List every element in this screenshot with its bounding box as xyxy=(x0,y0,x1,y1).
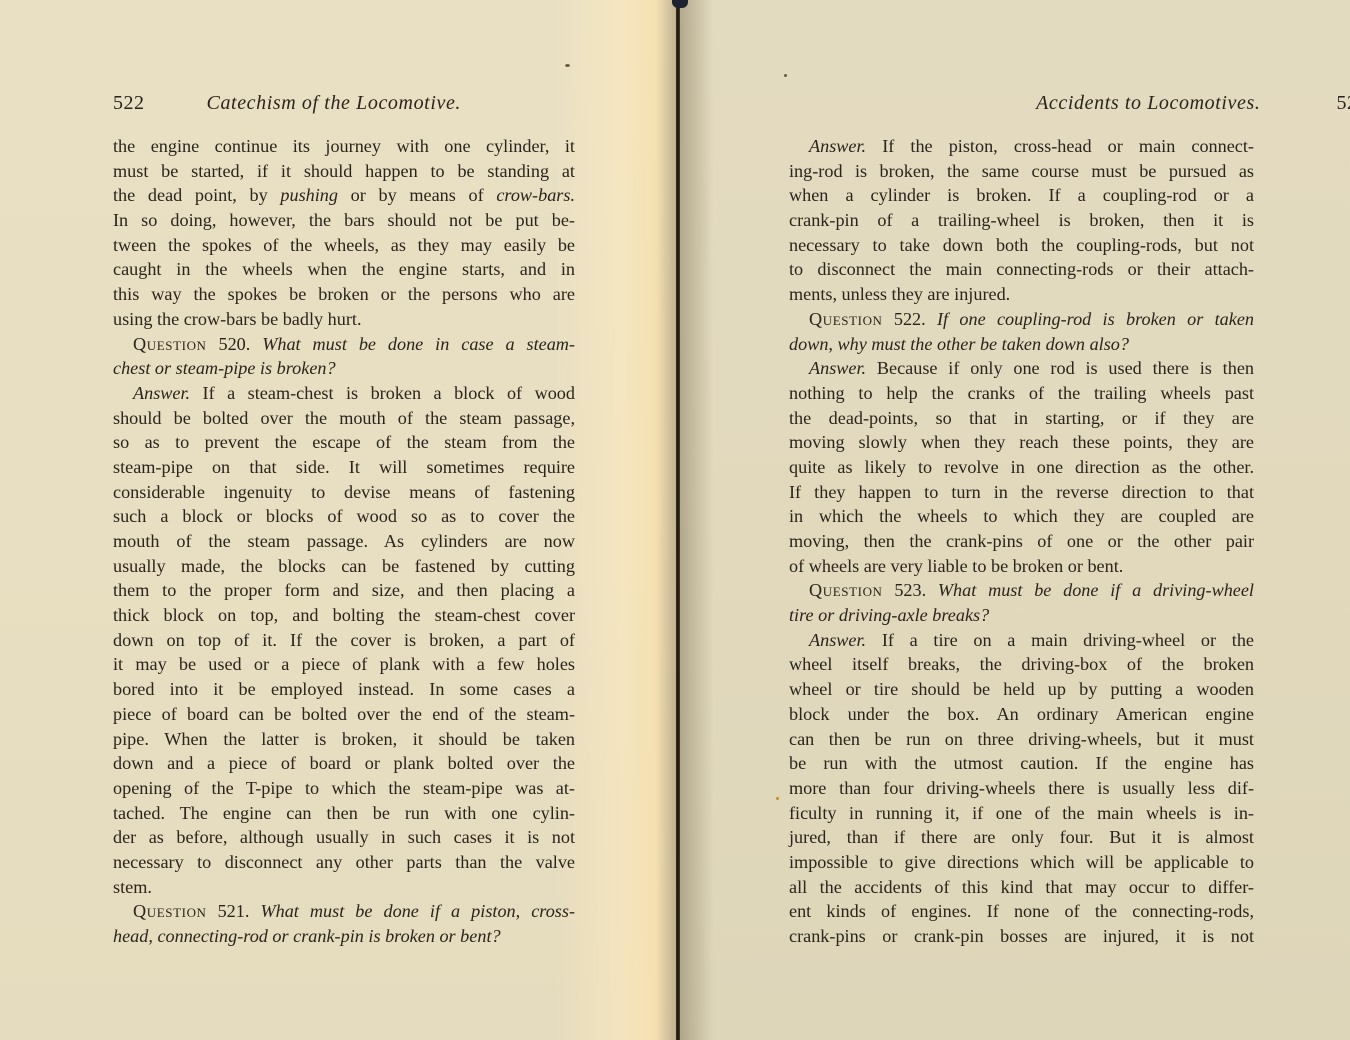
body-text: be run with the utmost caution. If the e… xyxy=(789,753,1254,773)
text-line: head, connecting-rod or crank-pin is bro… xyxy=(113,924,575,949)
body-text: caught in the wheels when the engine sta… xyxy=(113,259,575,279)
text-line: nothing to help the cranks of the traili… xyxy=(789,381,1254,406)
text-line: necessary to disconnect any other parts … xyxy=(113,850,575,875)
text-line: usually made, the blocks can be fastened… xyxy=(113,554,575,579)
text-line: Answer. If a tire on a main driving-whee… xyxy=(789,628,1254,653)
text-line: down, why must the other be taken down a… xyxy=(789,332,1254,357)
italic-text: What must be done if a driving-wheel xyxy=(938,580,1254,600)
body-text: down and a piece of board or plank bolte… xyxy=(113,753,575,773)
body-text: tween the spokes of the wheels, as they … xyxy=(113,235,575,255)
body-text: If a steam-chest is broken a block of wo… xyxy=(190,383,575,403)
text-line: so as to prevent the escape of the steam… xyxy=(113,430,575,455)
text-line: wheel itself breaks, the driving-box of … xyxy=(789,652,1254,677)
body-text: wheel or tire should be held up by putti… xyxy=(789,679,1254,699)
left-body-text: the engine continue its journey with one… xyxy=(113,134,575,949)
text-line: jured, than if there are only four. But … xyxy=(789,825,1254,850)
italic-text: Answer. xyxy=(809,358,866,378)
text-line: tire or driving-axle breaks? xyxy=(789,603,1254,628)
text-line: wheel or tire should be held up by putti… xyxy=(789,677,1254,702)
body-text: piece of board can be bolted over the en… xyxy=(113,704,575,724)
body-text: moving, then the crank-pins of one or th… xyxy=(789,531,1254,551)
body-text: in which the wheels to which they are co… xyxy=(789,506,1254,526)
body-text: of wheels are very liable to be broken o… xyxy=(789,556,1123,576)
body-text: ing-rod is broken, the same course must … xyxy=(789,161,1254,181)
text-line: bored into it be employed instead. In so… xyxy=(113,677,575,702)
page-number: 523 xyxy=(1337,92,1350,115)
text-line: down and a piece of board or plank bolte… xyxy=(113,751,575,776)
text-line: stem. xyxy=(113,875,575,900)
text-line: ing-rod is broken, the same course must … xyxy=(789,159,1254,184)
body-text: all the accidents of this kind that may … xyxy=(789,877,1254,897)
body-text: steam-pipe on that side. It will sometim… xyxy=(113,457,575,477)
text-line: mouth of the steam passage. As cylinders… xyxy=(113,529,575,554)
body-text: 521. xyxy=(207,901,261,921)
running-title: Catechism of the Locomotive. xyxy=(207,92,462,115)
text-line: the dead point, by pushing or by means o… xyxy=(113,183,575,208)
body-text: Because if only one rod is used there is… xyxy=(866,358,1254,378)
text-line: crank-pins or crank-pin bosses are injur… xyxy=(789,924,1254,949)
text-line: ficulty in running it, if one of the mai… xyxy=(789,801,1254,826)
text-line: If they happen to turn in the reverse di… xyxy=(789,480,1254,505)
italic-text: Answer. xyxy=(133,383,190,403)
text-line: down on top of it. If the cover is broke… xyxy=(113,628,575,653)
question-label: Question xyxy=(809,309,883,329)
body-text: 522. xyxy=(883,309,937,329)
text-line: steam-pipe on that side. It will sometim… xyxy=(113,455,575,480)
text-line: the dead-points, so that in starting, or… xyxy=(789,406,1254,431)
body-text: when a cylinder is broken. If a coupling… xyxy=(789,185,1254,205)
text-line: can then be run on three driving-wheels,… xyxy=(789,727,1254,752)
body-text: If they happen to turn in the reverse di… xyxy=(789,482,1254,502)
body-text: so as to prevent the escape of the steam… xyxy=(113,432,575,452)
text-line: impossible to give directions which will… xyxy=(789,850,1254,875)
body-text: jured, than if there are only four. But … xyxy=(789,827,1254,847)
text-line: tween the spokes of the wheels, as they … xyxy=(113,233,575,258)
text-line: thick block on top, and bolting the stea… xyxy=(113,603,575,628)
italic-text: If one coupling-rod is broken or taken xyxy=(937,309,1254,329)
text-line: all the accidents of this kind that may … xyxy=(789,875,1254,900)
italic-text: down, why must the other be taken down a… xyxy=(789,334,1129,354)
question-label: Question xyxy=(809,580,883,600)
body-text: crank-pins or crank-pin bosses are injur… xyxy=(789,926,1254,946)
text-line: must be started, if it should happen to … xyxy=(113,159,575,184)
text-line: such a block or blocks of wood so as to … xyxy=(113,504,575,529)
text-line: Question 521. What must be done if a pis… xyxy=(113,899,575,924)
text-line: Answer. If a steam-chest is broken a blo… xyxy=(113,381,575,406)
body-text: stem. xyxy=(113,877,152,897)
body-text: the dead point, by xyxy=(113,185,280,205)
body-text: ent kinds of engines. If none of the con… xyxy=(789,901,1254,921)
text-line: In so doing, however, the bars should no… xyxy=(113,208,575,233)
text-line: in which the wheels to which they are co… xyxy=(789,504,1254,529)
body-text: down on top of it. If the cover is broke… xyxy=(113,630,575,650)
text-line: piece of board can be bolted over the en… xyxy=(113,702,575,727)
text-line: moving slowly when they reach these poin… xyxy=(789,430,1254,455)
text-line: Question 522. If one coupling-rod is bro… xyxy=(789,307,1254,332)
body-text: usually made, the blocks can be fastened… xyxy=(113,556,575,576)
left-page: 522 Catechism of the Locomotive. the eng… xyxy=(0,0,676,1040)
body-text: necessary to disconnect any other parts … xyxy=(113,852,575,872)
body-text: mouth of the steam passage. As cylinders… xyxy=(113,531,575,551)
body-text: If the piston, cross-head or main connec… xyxy=(866,136,1254,156)
body-text: the dead-points, so that in starting, or… xyxy=(789,408,1254,428)
text-line: opening of the T-pipe to which the steam… xyxy=(113,776,575,801)
italic-text: chest or steam-pipe is broken? xyxy=(113,358,336,378)
body-text: nothing to help the cranks of the traili… xyxy=(789,383,1254,403)
body-text: opening of the T-pipe to which the steam… xyxy=(113,778,575,798)
text-line: tached. The engine can then be run with … xyxy=(113,801,575,826)
italic-text: head, connecting-rod or crank-pin is bro… xyxy=(113,926,501,946)
question-label: Question xyxy=(133,334,207,354)
text-line: of wheels are very liable to be broken o… xyxy=(789,554,1254,579)
question-label: Question xyxy=(133,901,207,921)
body-text: to disconnect the main connecting-rods o… xyxy=(789,259,1254,279)
italic-text: crow-bars. xyxy=(496,185,575,205)
body-text: pipe. When the latter is broken, it shou… xyxy=(113,729,575,749)
body-text: bored into it be employed instead. In so… xyxy=(113,679,575,699)
text-line: this way the spokes be broken or the per… xyxy=(113,282,575,307)
body-text: ficulty in running it, if one of the mai… xyxy=(789,803,1254,823)
body-text: such a block or blocks of wood so as to … xyxy=(113,506,575,526)
italic-text: Answer. xyxy=(809,630,866,650)
text-line: Answer. If the piston, cross-head or mai… xyxy=(789,134,1254,159)
body-text: crank-pin of a trailing-wheel is broken,… xyxy=(789,210,1254,230)
ink-speck xyxy=(784,74,787,77)
right-body-text: Answer. If the piston, cross-head or mai… xyxy=(789,134,1254,949)
ink-speck xyxy=(565,64,570,67)
text-line: ent kinds of engines. If none of the con… xyxy=(789,899,1254,924)
body-text: In so doing, however, the bars should no… xyxy=(113,210,575,230)
right-running-head: Accidents to Locomotives. 523 xyxy=(906,92,1350,118)
running-title: Accidents to Locomotives. xyxy=(1036,92,1260,115)
text-line: when a cylinder is broken. If a coupling… xyxy=(789,183,1254,208)
text-line: using the crow-bars be badly hurt. xyxy=(113,307,575,332)
text-line: block under the box. An ordinary America… xyxy=(789,702,1254,727)
text-line: it may be used or a piece of plank with … xyxy=(113,652,575,677)
body-text: can then be run on three driving-wheels,… xyxy=(789,729,1254,749)
body-text: wheel itself breaks, the driving-box of … xyxy=(789,654,1254,674)
text-line: crank-pin of a trailing-wheel is broken,… xyxy=(789,208,1254,233)
body-text: or by means of xyxy=(338,185,496,205)
text-line: Question 523. What must be done if a dri… xyxy=(789,578,1254,603)
text-line: Answer. Because if only one rod is used … xyxy=(789,356,1254,381)
body-text: necessary to take down both the coupling… xyxy=(789,235,1254,255)
binding-clip xyxy=(672,0,688,8)
body-text: 520. xyxy=(207,334,263,354)
body-text: thick block on top, and bolting the stea… xyxy=(113,605,575,625)
body-text: tached. The engine can then be run with … xyxy=(113,803,575,823)
italic-text: What must be done in case a steam- xyxy=(262,334,575,354)
text-line: pipe. When the latter is broken, it shou… xyxy=(113,727,575,752)
text-line: der as before, although usually in such … xyxy=(113,825,575,850)
body-text: the engine continue its journey with one… xyxy=(113,136,575,156)
text-line: be run with the utmost caution. If the e… xyxy=(789,751,1254,776)
page-number: 522 xyxy=(113,92,145,115)
italic-text: Answer. xyxy=(809,136,866,156)
text-line: chest or steam-pipe is broken? xyxy=(113,356,575,381)
text-line: ments, unless they are injured. xyxy=(789,282,1254,307)
body-text: using the crow-bars be badly hurt. xyxy=(113,309,362,329)
body-text: moving slowly when they reach these poin… xyxy=(789,432,1254,452)
body-text: ments, unless they are injured. xyxy=(789,284,1010,304)
body-text: this way the spokes be broken or the per… xyxy=(113,284,575,304)
body-text: block under the box. An ordinary America… xyxy=(789,704,1254,724)
italic-text: pushing xyxy=(280,185,338,205)
body-text: der as before, although usually in such … xyxy=(113,827,575,847)
italic-text: tire or driving-axle breaks? xyxy=(789,605,989,625)
body-text: it may be used or a piece of plank with … xyxy=(113,654,575,674)
body-text: impossible to give directions which will… xyxy=(789,852,1254,872)
left-running-head: 522 Catechism of the Locomotive. xyxy=(113,92,575,118)
body-text: considerable ingenuity to devise means o… xyxy=(113,482,575,502)
text-line: Question 520. What must be done in case … xyxy=(113,332,575,357)
body-text: them to the proper form and size, and th… xyxy=(113,580,575,600)
body-text: must be started, if it should happen to … xyxy=(113,161,575,181)
text-line: more than four driving-wheels there is u… xyxy=(789,776,1254,801)
paper-stain xyxy=(776,797,779,800)
body-text: If a tire on a main driving-wheel or the xyxy=(866,630,1254,650)
italic-text: What must be done if a piston, cross- xyxy=(260,901,575,921)
body-text: 523. xyxy=(883,580,938,600)
text-line: to disconnect the main connecting-rods o… xyxy=(789,257,1254,282)
book-spread: 522 Catechism of the Locomotive. the eng… xyxy=(0,0,1350,1040)
text-line: caught in the wheels when the engine sta… xyxy=(113,257,575,282)
body-text: quite as likely to revolve in one direct… xyxy=(789,457,1254,477)
text-line: should be bolted over the mouth of the s… xyxy=(113,406,575,431)
text-line: the engine continue its journey with one… xyxy=(113,134,575,159)
text-line: moving, then the crank-pins of one or th… xyxy=(789,529,1254,554)
text-line: necessary to take down both the coupling… xyxy=(789,233,1254,258)
body-text: more than four driving-wheels there is u… xyxy=(789,778,1254,798)
text-line: considerable ingenuity to devise means o… xyxy=(113,480,575,505)
body-text: should be bolted over the mouth of the s… xyxy=(113,408,575,428)
text-line: quite as likely to revolve in one direct… xyxy=(789,455,1254,480)
right-page: Accidents to Locomotives. 523 Answer. If… xyxy=(680,0,1350,1040)
text-line: them to the proper form and size, and th… xyxy=(113,578,575,603)
